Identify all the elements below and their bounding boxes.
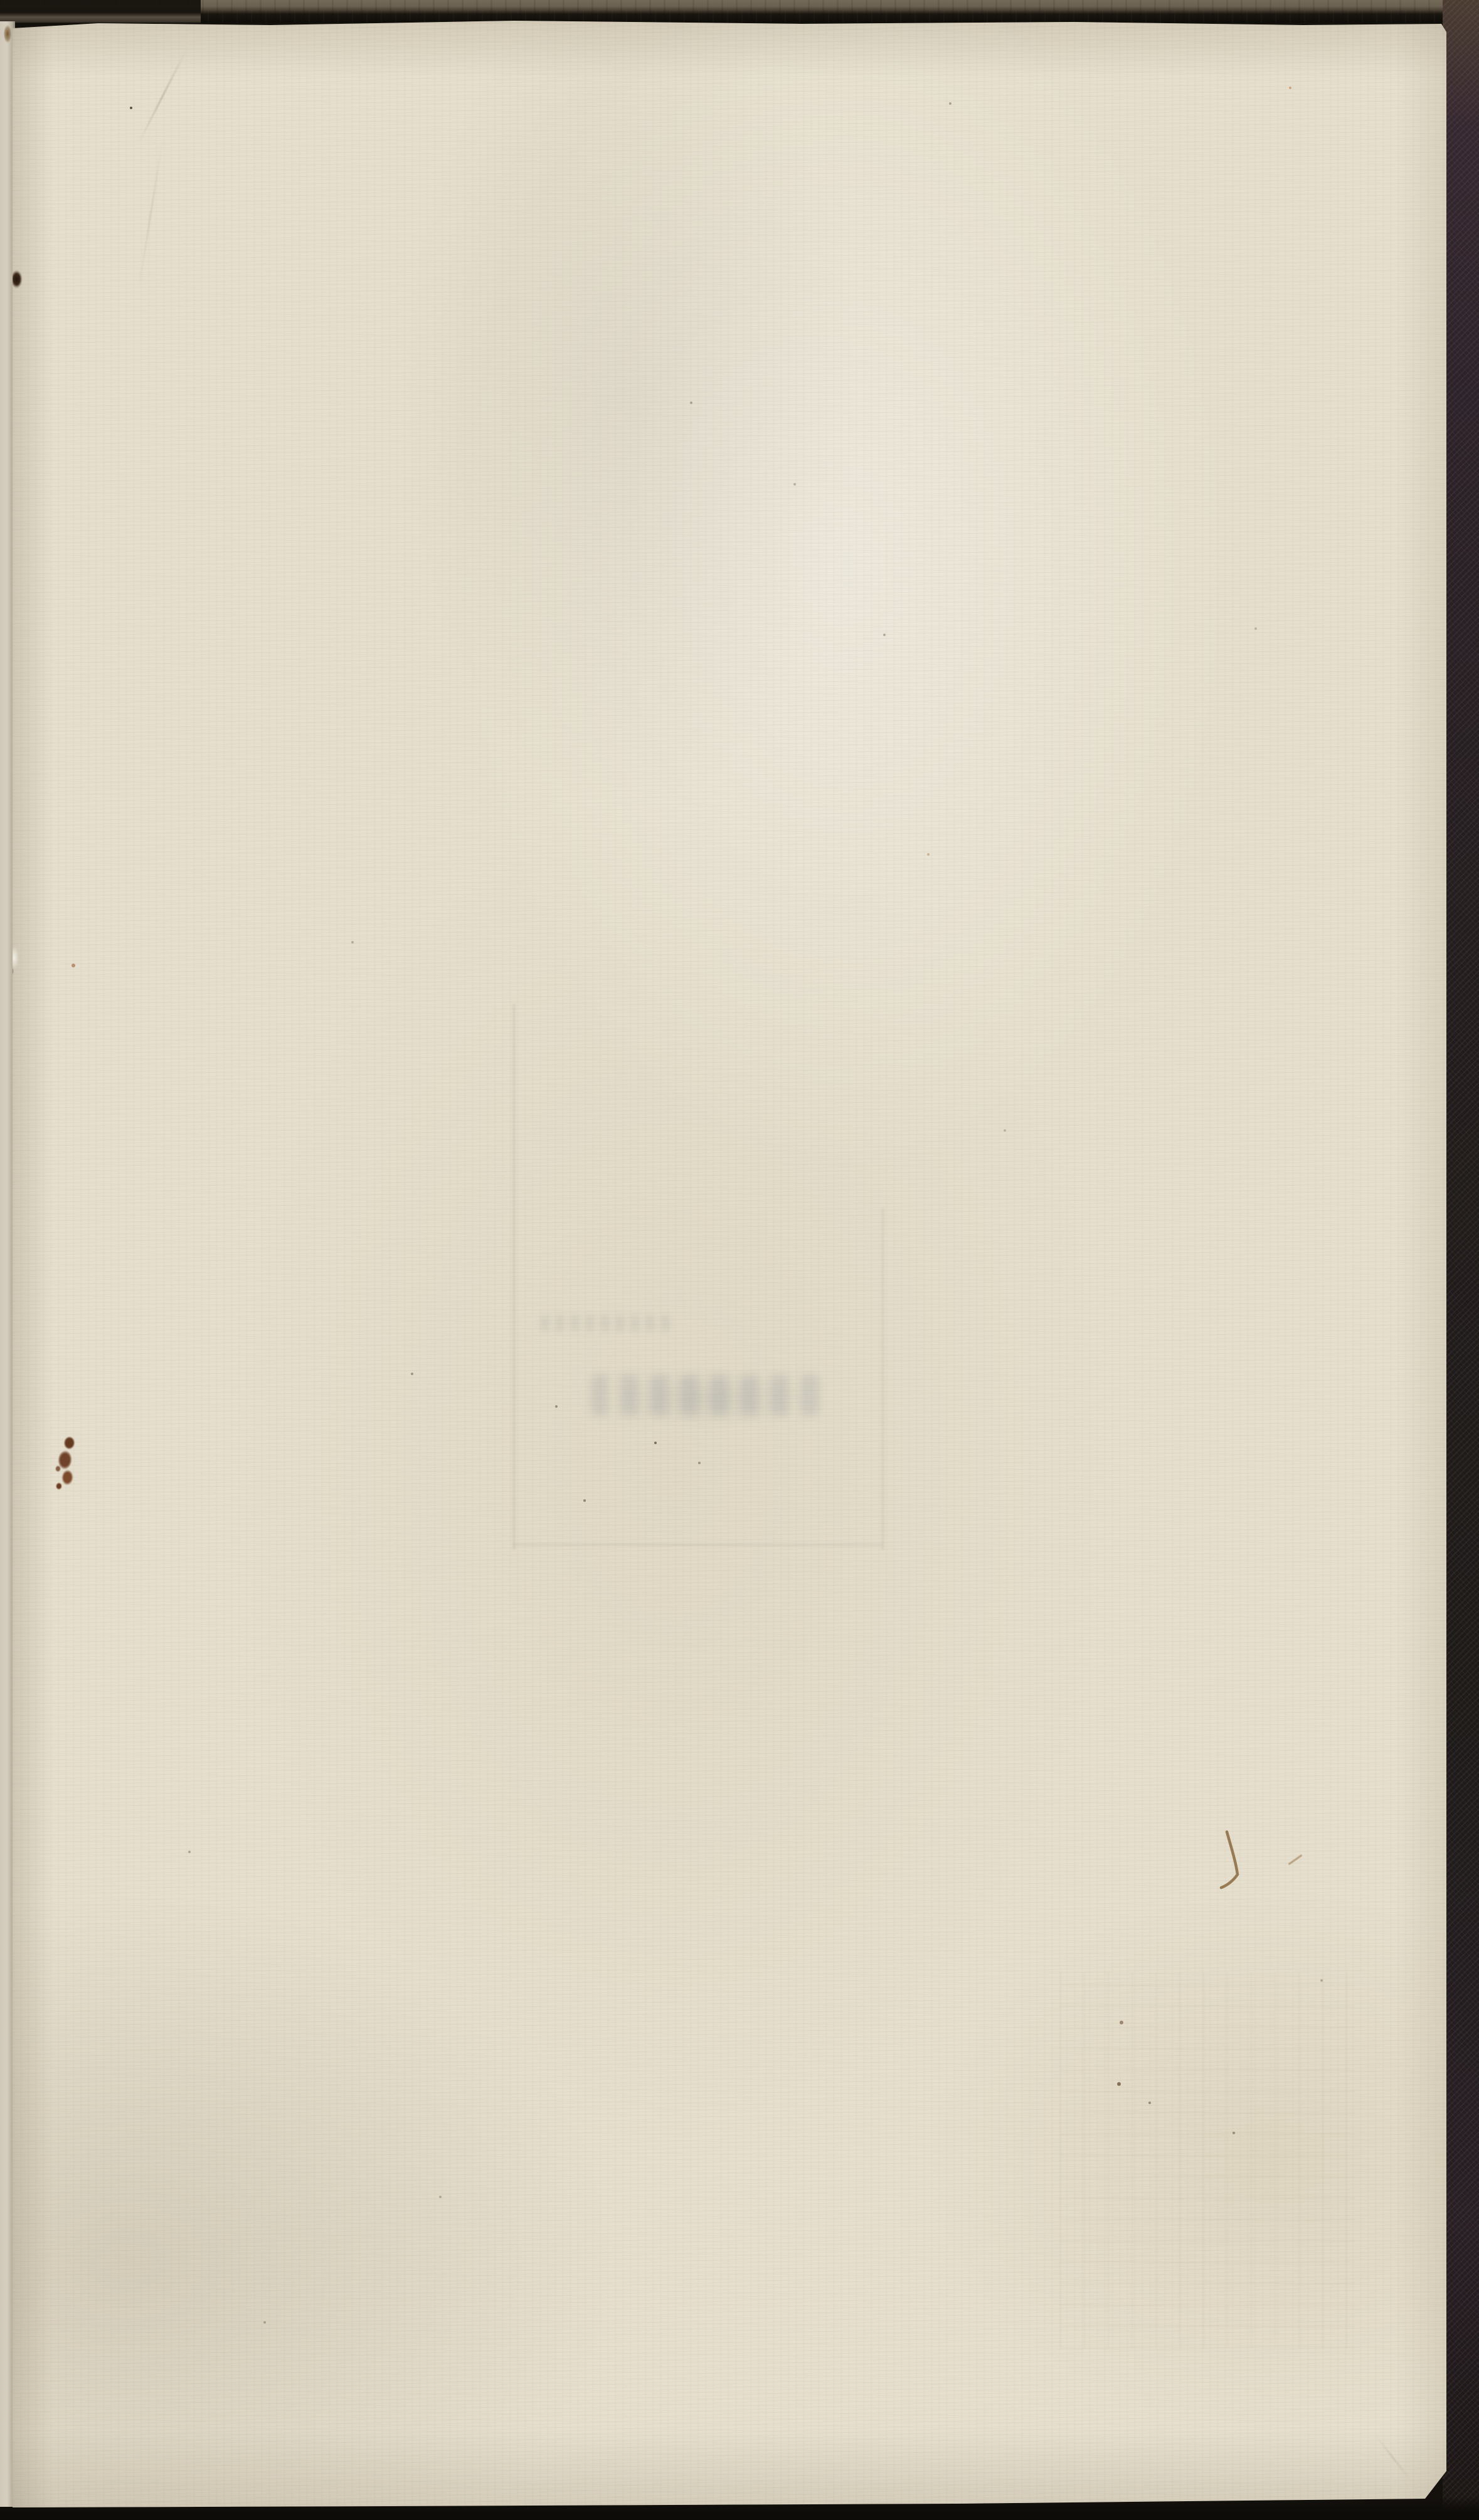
- blank-page: [13, 21, 1446, 2509]
- cover-texture: [0, 0, 1479, 23]
- book-cover-top-edge: [0, 0, 1479, 23]
- show-through-text-small: [541, 1315, 675, 1331]
- show-through-rule: [513, 1544, 883, 1546]
- cover-speckle-texture: [1443, 0, 1479, 2520]
- cover-top-left-shadow: [0, 0, 201, 23]
- book-cover-right-edge: [1443, 0, 1479, 2520]
- show-through-rule: [882, 1208, 884, 1550]
- paper-grid-show-through: [1060, 1972, 1355, 2348]
- foxing-stain: [51, 1433, 81, 1492]
- show-through-rule: [513, 1004, 515, 1550]
- fiber-mark: [1212, 1824, 1256, 1909]
- book-scan: [0, 0, 1479, 2520]
- stack-edge-stain: [3, 24, 13, 49]
- show-through-text-large: [591, 1374, 819, 1416]
